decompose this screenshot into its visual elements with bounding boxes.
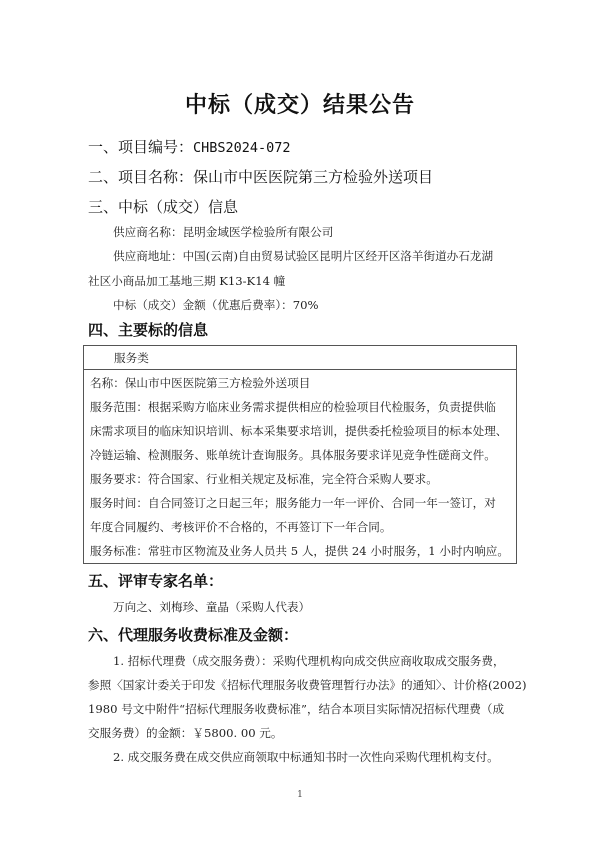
table-line: 名称：保山市中医医院第三方检验外送项目 — [90, 375, 310, 391]
agency-fee-line: 参照〈国家计委关于印发《招标代理服务收费管理暂行办法》的通知〉、计价格(2002… — [88, 677, 527, 693]
supplier-address-line-2: 社区小商品加工基地三期 K13-K14 幢 — [88, 273, 285, 289]
document-page: 中标（成交）结果公告 一、项目编号：CHBS2024-072 二、项目名称：保山… — [0, 0, 600, 849]
project-number-line: 一、项目编号：CHBS2024-072 — [88, 136, 291, 157]
award-info-heading: 三、中标（成交）信息 — [88, 196, 238, 217]
supplier-address-line-1: 供应商地址：中国(云南)自由贸易试验区昆明片区经开区洛羊街道办石龙湖 — [113, 248, 493, 264]
table-line: 冷链运输、检测服务、账单统计查询服务。具体服务要求详见竞争性磋商文件。 — [90, 447, 496, 463]
table-line: 服务要求：符合国家、行业相关规定及标准，完全符合采购人要求。 — [90, 471, 438, 487]
project-name-value: 保山市中医医院第三方检验外送项目 — [193, 168, 433, 186]
award-amount-line: 中标（成交）金额（优惠后费率）：70% — [113, 297, 318, 313]
project-number-value: CHBS2024-072 — [193, 140, 291, 156]
experts-heading: 五、评审专家名单： — [88, 570, 223, 591]
table-line: 年度合同履约、考核评价不合格的，不再签订下一年合同。 — [90, 519, 391, 535]
project-name-label: 二、项目名称： — [88, 168, 193, 186]
table-line: 服务时间：自合同签订之日起三年；服务能力一年一评价、合同一年一签订，对 — [90, 495, 496, 511]
main-subject-heading: 四、主要标的信息 — [88, 319, 208, 340]
page-number: 1 — [0, 790, 600, 800]
main-subject-table: 服务类 名称：保山市中医医院第三方检验外送项目 服务范围：根据采购方临床业务需求… — [83, 345, 517, 564]
supplier-name-line: 供应商名称：昆明金域医学检验所有限公司 — [113, 224, 333, 240]
table-line: 服务范围：根据采购方临床业务需求提供相应的检验项目代检服务，负责提供临 — [90, 399, 496, 415]
project-number-label: 一、项目编号： — [88, 138, 193, 156]
agency-fee-heading: 六、代理服务收费标准及金额： — [88, 624, 298, 645]
document-title: 中标（成交）结果公告 — [0, 88, 600, 119]
experts-names: 万向之、刘梅珍、童晶（采购人代表） — [113, 599, 310, 615]
table-line: 服务标准：常驻市区物流及业务人员共 5 人，提供 24 小时服务，1 小时内响应… — [90, 543, 509, 559]
agency-fee-line: 1980 号文中附件“招标代理服务收费标准”，结合本项目实际情况招标代理费（成 — [88, 701, 504, 717]
table-line: 床需求项目的临床知识培训、标本采集要求培训，提供委托检验项目的标本处理、 — [90, 423, 507, 439]
agency-fee-line: 1. 招标代理费（成交服务费）：采购代理机构向成交供应商收取成交服务费， — [113, 653, 505, 669]
agency-fee-line: 2. 成交服务费在成交供应商领取中标通知书时一次性向采购代理机构支付。 — [113, 749, 499, 765]
project-name-line: 二、项目名称：保山市中医医院第三方检验外送项目 — [88, 166, 433, 187]
table-category: 服务类 — [114, 350, 149, 366]
table-header-row: 服务类 — [84, 346, 516, 370]
agency-fee-amount-line: 交服务费）的金额：￥5800. 00 元。 — [88, 725, 282, 741]
